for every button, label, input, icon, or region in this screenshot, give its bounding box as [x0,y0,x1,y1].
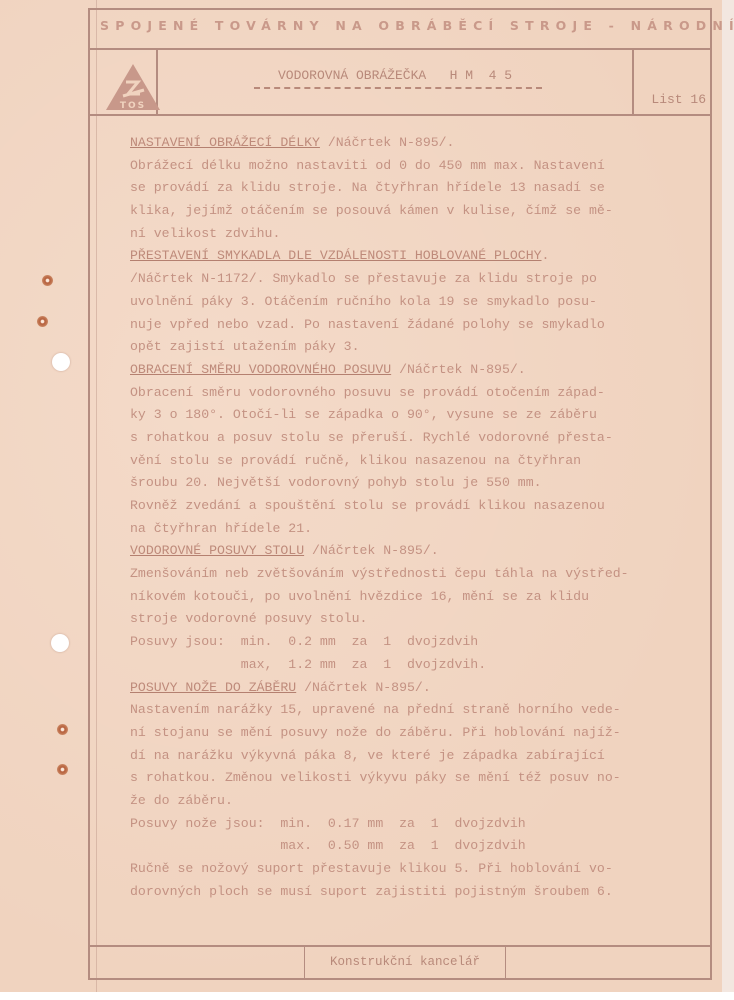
rust-stain [57,724,68,735]
text-line: /Náčrtek N-1172/. Smykadlo se přestavuje… [130,268,710,291]
text-line: opět zajistí utažením páky 3. [130,336,710,359]
text-line: max. 0.50 mm za 1 dvojzdvih [130,835,710,858]
rust-stain [57,764,68,775]
logo-text: TOS [120,101,146,111]
section-reference: /Náčrtek N-895/. [320,135,455,150]
text-line: Nastavením narážky 15, upravené na předn… [130,699,710,722]
section-heading: PŘESTAVENÍ SMYKADLA DLE VZDÁLENOSTI HOBL… [130,245,710,268]
text-line: že do záběru. [130,790,710,813]
punch-hole [51,634,69,652]
company-header: SPOJENÉ TOVÁRNY NA OBRÁBĚCÍ STROJE - NÁR… [100,18,708,33]
text-line: na čtyřhran hřídele 21. [130,518,710,541]
section-reference: /Náčrtek N-895/. [391,362,526,377]
section-heading: VODOROVNÉ POSUVY STOLU /Náčrtek N-895/. [130,540,710,563]
text-line: nuje vpřed nebo vzad. Po nastavení žádan… [130,314,710,337]
text-line: Posuvy nože jsou: min. 0.17 mm za 1 dvoj… [130,813,710,836]
section-title: OBRACENÍ SMĚRU VODOROVNÉHO POSUVU [130,362,391,377]
punch-hole [52,353,70,371]
tos-logo-icon: TOS [104,62,162,112]
text-line: Posuvy jsou: min. 0.2 mm za 1 dvojzdvih [130,631,710,654]
text-line: šroubu 20. Největší vodorovný pohyb stol… [130,472,710,495]
section-title: PŘESTAVENÍ SMYKADLA DLE VZDÁLENOSTI HOBL… [130,248,542,263]
binding-margin-line [96,0,97,992]
text-line: s rohatkou a posuv stolu se přeruší. Ryc… [130,427,710,450]
text-line: vění stolu se provádí ručně, klikou nasa… [130,450,710,473]
section-title: NASTAVENÍ OBRÁŽECÍ DÉLKY [130,135,320,150]
rust-stain [42,275,53,286]
title-underline [254,87,542,89]
document-title: VODOROVNÁ OBRÁŽEČKA H M 4 5 [160,68,630,83]
section-heading: POSUVY NOŽE DO ZÁBĚRU /Náčrtek N-895/. [130,677,710,700]
text-line: klika, jejímž otáčením se posouvá kámen … [130,200,710,223]
scan-edge-bottom [0,992,734,1000]
text-line: ní velikost zdvihu. [130,223,710,246]
section-reference: /Náčrtek N-895/. [296,680,431,695]
section-heading: NASTAVENÍ OBRÁŽECÍ DÉLKY /Náčrtek N-895/… [130,132,710,155]
text-line: dorovných ploch se musí suport zajistiti… [130,881,710,904]
section-title: POSUVY NOŽE DO ZÁBĚRU [130,680,296,695]
text-line: uvolnění páky 3. Otáčením ručního kola 1… [130,291,710,314]
rust-stain [37,316,48,327]
document-body: NASTAVENÍ OBRÁŽECÍ DÉLKY /Náčrtek N-895/… [130,132,710,903]
section-title: VODOROVNÉ POSUVY STOLU [130,543,304,558]
text-line: max, 1.2 mm za 1 dvojzdvih. [130,654,710,677]
text-line: Obracení směru vodorovného posuvu se pro… [130,382,710,405]
text-line: se provádí za klidu stroje. Na čtyřhran … [130,177,710,200]
text-line: s rohatkou. Změnou velikosti výkyvu páky… [130,767,710,790]
section-reference: /Náčrtek N-895/. [304,543,439,558]
text-line: ky 3 o 180°. Otočí-li se západka o 90°, … [130,404,710,427]
section-heading: OBRACENÍ SMĚRU VODOROVNÉHO POSUVU /Náčrt… [130,359,710,382]
section-reference: . [542,248,550,263]
text-line: Ručně se nožový suport přestavuje klikou… [130,858,710,881]
scan-edge-right [722,0,734,1000]
text-line: níkovém kotouči, po uvolnění hvězdice 16… [130,586,710,609]
text-line: ní stojanu se mění posuvy nože do záběru… [130,722,710,745]
text-line: Zmenšováním neb zvětšováním výstřednosti… [130,563,710,586]
text-line: dí na narážku výkyvná páka 8, ve které j… [130,745,710,768]
sheet-number: List 16 [636,92,706,107]
text-line: Rovněž zvedání a spouštění stolu se prov… [130,495,710,518]
text-line: Obrážecí délku možno nastaviti od 0 do 4… [130,155,710,178]
footer-office: Konstrukční kancelář [306,955,504,969]
text-line: stroje vodorovné posuvy stolu. [130,608,710,631]
